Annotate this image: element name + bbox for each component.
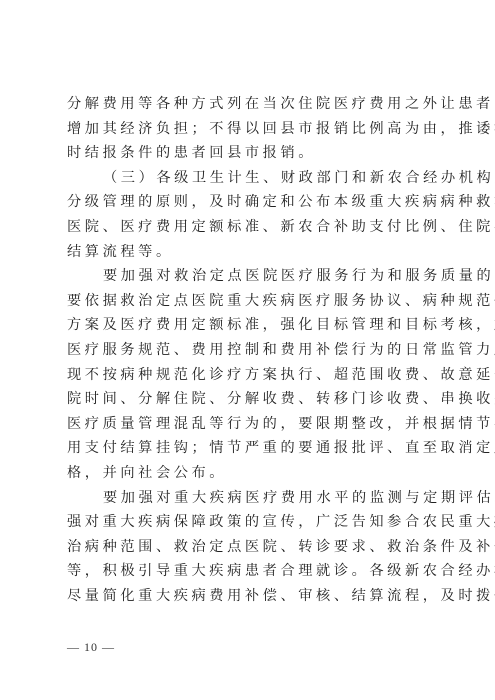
text-line-10: 方案及医疗费用定额标准，强化目标管理和目标考核，加大对 [67, 313, 431, 338]
text-line-19: 治病种范围、救治定点医院、转诊要求、救治条件及补偿标准 [67, 535, 431, 560]
text-line-21: 尽量简化重大疾病费用补偿、审核、结算流程，及时拨付新农 [67, 584, 431, 609]
text-line-13: 院时间、分解住院、分解收费、转移门诊收费、串换收费及 [67, 387, 431, 412]
text-line-6: 医院、医疗费用定额标准、新农合补助支付比例、住院与补偿 [67, 215, 431, 240]
text-line-15: 用支付结算挂钩；情节严重的要通报批评、直至取消定点资 [67, 436, 431, 461]
text-line-8: 要加强对救治定点医院医疗服务行为和服务质量的监管。 [67, 264, 431, 289]
text-line-7: 结算流程等。 [67, 240, 431, 265]
text-line-17: 要加强对重大疾病医疗费用水平的监测与定期评估。要加 [67, 486, 431, 511]
body-text: 分解费用等各种方式列在当次住院医疗费用之外让患者自付， 增加其经济负担；不得以回… [67, 92, 431, 608]
text-line-4: （三）各级卫生计生、财政部门和新农合经办机构要按照 [67, 166, 431, 191]
text-line-1: 分解费用等各种方式列在当次住院医疗费用之外让患者自付， [67, 92, 431, 117]
text-line-2: 增加其经济负担；不得以回县市报销比例高为由，推诿符合即 [67, 117, 431, 142]
text-line-18: 强对重大疾病保障政策的宣传，广泛告知参合农民重大疾病救 [67, 510, 431, 535]
text-line-20: 等，积极引导重大疾病患者合理就诊。各级新农合经办机构要 [67, 559, 431, 584]
text-line-16: 格，并向社会公布。 [67, 461, 431, 486]
text-line-3: 时结报条件的患者回县市报销。 [67, 141, 431, 166]
text-line-14: 医疗质量管理混乱等行为的，要限期整改，并根据情节与费 [67, 412, 431, 437]
text-line-12: 现不按病种规范化诊疗方案执行、超范围收费、故意延长住 [67, 363, 431, 388]
document-page: 分解费用等各种方式列在当次住院医疗费用之外让患者自付， 增加其经济负担；不得以回… [0, 0, 495, 700]
text-line-11: 医疗服务规范、费用控制和费用补偿行为的日常监管力度，发 [67, 338, 431, 363]
text-line-5: 分级管理的原则，及时确定和公布本级重大疾病病种救治定点 [67, 190, 431, 215]
page-number: — 10 — [67, 640, 115, 655]
text-line-9: 要依据救治定点医院重大疾病医疗服务协议、病种规范化诊疗 [67, 289, 431, 314]
